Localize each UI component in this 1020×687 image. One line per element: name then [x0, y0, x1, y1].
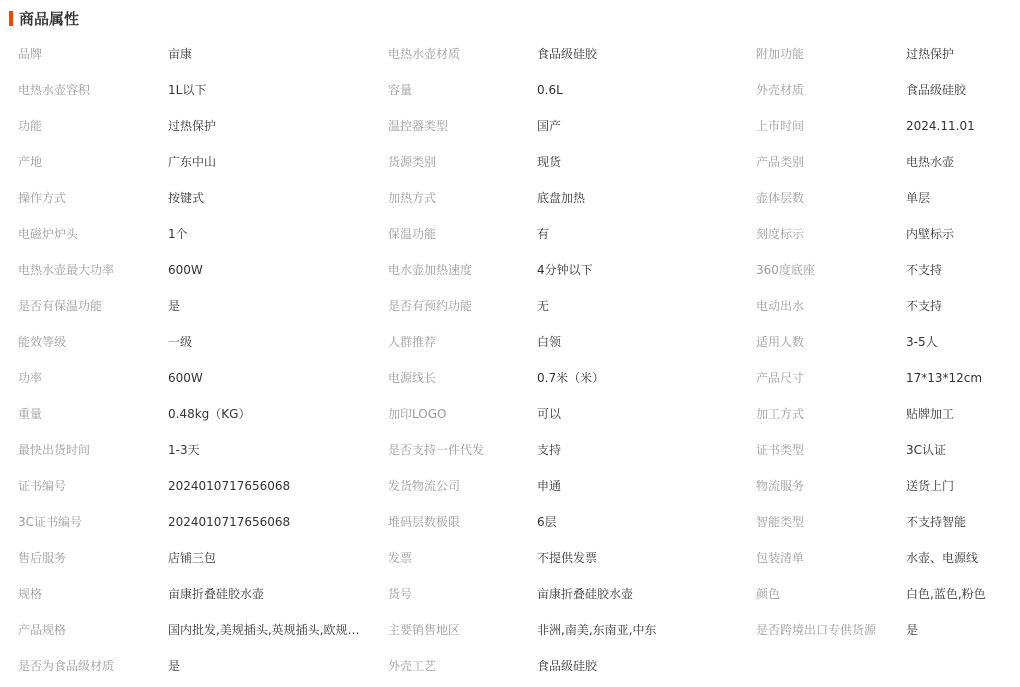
attribute-row: 品牌亩康电热水壶材质食品级硅胶附加功能过热保护: [0, 36, 1020, 72]
attribute-label: 主要销售地区: [388, 612, 533, 648]
attribute-value: 水壶、电源线: [906, 540, 1016, 576]
attribute-value: 过热保护: [168, 108, 360, 144]
attribute-label: 能效等级: [18, 324, 163, 360]
attribute-value: 3C认证: [906, 432, 1016, 468]
attribute-table: 品牌亩康电热水壶材质食品级硅胶附加功能过热保护电热水壶容积1L以下容量0.6L外…: [0, 36, 1020, 684]
attribute-label: 电水壶加热速度: [388, 252, 533, 288]
attribute-label: 电动出水: [756, 288, 901, 324]
attribute-label: 保温功能: [388, 216, 533, 252]
attribute-value: 17*13*12cm: [906, 360, 1016, 396]
attribute-label: 产品规格: [18, 612, 163, 648]
attribute-value: 2024010717656068: [168, 468, 360, 504]
attribute-row: 能效等级一级人群推荐白领适用人数3-5人: [0, 324, 1020, 360]
attribute-row: 电热水壶最大功率600W电水壶加热速度4分钟以下360度底座不支持: [0, 252, 1020, 288]
attribute-label: 是否有预约功能: [388, 288, 533, 324]
attribute-row: 证书编号2024010717656068发货物流公司申通物流服务送货上门: [0, 468, 1020, 504]
attribute-label: 加热方式: [388, 180, 533, 216]
attribute-row: 电磁炉炉头1个保温功能有刻度标示内壁标示: [0, 216, 1020, 252]
attribute-label: 电热水壶容积: [18, 72, 163, 108]
attribute-value: 不支持: [906, 288, 1016, 324]
attribute-label: 堆码层数极限: [388, 504, 533, 540]
attribute-label: 加印LOGO: [388, 396, 533, 432]
attribute-row: 规格亩康折叠硅胶水壶货号亩康折叠硅胶水壶颜色白色,蓝色,粉色: [0, 576, 1020, 612]
attribute-row: 产品规格国内批发,美规插头,英规插头,欧规插头主要销售地区非洲,南美,东南亚,中…: [0, 612, 1020, 648]
attribute-label: 产地: [18, 144, 163, 180]
attribute-value: 内壁标示: [906, 216, 1016, 252]
attribute-label: 发票: [388, 540, 533, 576]
attribute-value: 过热保护: [906, 36, 1016, 72]
attribute-row: 功率600W电源线长0.7米（米）产品尺寸17*13*12cm: [0, 360, 1020, 396]
accent-bar: [9, 11, 13, 26]
attribute-label: 刻度标示: [756, 216, 901, 252]
attribute-value: 白领: [537, 324, 747, 360]
attribute-value: 不提供发票: [537, 540, 747, 576]
attribute-label: 电热水壶最大功率: [18, 252, 163, 288]
attribute-value: 非洲,南美,东南亚,中东: [537, 612, 747, 648]
attribute-value: 单层: [906, 180, 1016, 216]
attribute-value: 不支持: [906, 252, 1016, 288]
attribute-value: 2024010717656068: [168, 504, 360, 540]
attribute-label: 适用人数: [756, 324, 901, 360]
attribute-value: 2024.11.01: [906, 108, 1016, 144]
attribute-label: 是否跨境出口专供货源: [756, 612, 901, 648]
attribute-label: 是否支持一件代发: [388, 432, 533, 468]
attribute-label: 电热水壶材质: [388, 36, 533, 72]
attribute-row: 3C证书编号2024010717656068堆码层数极限6层智能类型不支持智能: [0, 504, 1020, 540]
attribute-label: 是否为食品级材质: [18, 648, 163, 684]
attribute-label: 功能: [18, 108, 163, 144]
attribute-value: 亩康折叠硅胶水壶: [168, 576, 360, 612]
attribute-label: 货号: [388, 576, 533, 612]
attribute-label: 外壳工艺: [388, 648, 533, 684]
attribute-value: 0.48kg（KG）: [168, 396, 360, 432]
attribute-value: 贴牌加工: [906, 396, 1016, 432]
attribute-value: 食品级硅胶: [537, 648, 747, 684]
attribute-label: 规格: [18, 576, 163, 612]
attribute-label: 物流服务: [756, 468, 901, 504]
attribute-value: 是: [168, 648, 360, 684]
attribute-row: 重量0.48kg（KG）加印LOGO可以加工方式贴牌加工: [0, 396, 1020, 432]
attribute-label: 壶体层数: [756, 180, 901, 216]
attribute-label: 附加功能: [756, 36, 901, 72]
attribute-row: 是否为食品级材质是外壳工艺食品级硅胶: [0, 648, 1020, 684]
attribute-value: 店铺三包: [168, 540, 360, 576]
attribute-label: 重量: [18, 396, 163, 432]
attribute-label: 发货物流公司: [388, 468, 533, 504]
attribute-row: 电热水壶容积1L以下容量0.6L外壳材质食品级硅胶: [0, 72, 1020, 108]
attribute-value: 国内批发,美规插头,英规插头,欧规插头: [168, 612, 360, 648]
attribute-label: 产品类别: [756, 144, 901, 180]
attribute-label: 人群推荐: [388, 324, 533, 360]
attribute-value: 食品级硅胶: [906, 72, 1016, 108]
attribute-value: 现货: [537, 144, 747, 180]
section-title: 商品属性: [19, 9, 79, 29]
attribute-label: 上市时间: [756, 108, 901, 144]
attribute-label: 最快出货时间: [18, 432, 163, 468]
attribute-label: 容量: [388, 72, 533, 108]
attribute-value: 广东中山: [168, 144, 360, 180]
attribute-value: 1个: [168, 216, 360, 252]
attribute-value: 送货上门: [906, 468, 1016, 504]
attribute-label: 温控器类型: [388, 108, 533, 144]
attribute-value: 申通: [537, 468, 747, 504]
attribute-label: 证书编号: [18, 468, 163, 504]
attribute-label: 操作方式: [18, 180, 163, 216]
attribute-value: 是: [906, 612, 1016, 648]
attribute-label: 智能类型: [756, 504, 901, 540]
attribute-label: 3C证书编号: [18, 504, 163, 540]
attribute-label: 售后服务: [18, 540, 163, 576]
attribute-value: 无: [537, 288, 747, 324]
attribute-value: 600W: [168, 360, 360, 396]
attribute-row: 操作方式按键式加热方式底盘加热壶体层数单层: [0, 180, 1020, 216]
attribute-label: 电源线长: [388, 360, 533, 396]
attribute-label: 是否有保温功能: [18, 288, 163, 324]
attribute-value: 600W: [168, 252, 360, 288]
attribute-label: 功率: [18, 360, 163, 396]
attribute-row: 产地广东中山货源类别现货产品类别电热水壶: [0, 144, 1020, 180]
attribute-label: 360度底座: [756, 252, 901, 288]
attribute-row: 最快出货时间1-3天是否支持一件代发支持证书类型3C认证: [0, 432, 1020, 468]
attribute-label: 电磁炉炉头: [18, 216, 163, 252]
attribute-value: 支持: [537, 432, 747, 468]
attribute-label: 颜色: [756, 576, 901, 612]
attribute-label: 加工方式: [756, 396, 901, 432]
attribute-value: 亩康: [168, 36, 360, 72]
attribute-value: 4分钟以下: [537, 252, 747, 288]
attribute-value: 可以: [537, 396, 747, 432]
attribute-value: 不支持智能: [906, 504, 1016, 540]
attribute-value: 是: [168, 288, 360, 324]
attribute-row: 是否有保温功能是是否有预约功能无电动出水不支持: [0, 288, 1020, 324]
attribute-label: 品牌: [18, 36, 163, 72]
attribute-value: 1L以下: [168, 72, 360, 108]
attribute-value: 国产: [537, 108, 747, 144]
attribute-value: 0.6L: [537, 72, 747, 108]
attribute-label: 产品尺寸: [756, 360, 901, 396]
attribute-value: 0.7米（米）: [537, 360, 747, 396]
attribute-label: 外壳材质: [756, 72, 901, 108]
attribute-value: 6层: [537, 504, 747, 540]
attribute-value: 食品级硅胶: [537, 36, 747, 72]
attribute-label: 货源类别: [388, 144, 533, 180]
attribute-row: 售后服务店铺三包发票不提供发票包装清单水壶、电源线: [0, 540, 1020, 576]
attribute-value: 白色,蓝色,粉色: [906, 576, 1016, 612]
attribute-value: 3-5人: [906, 324, 1016, 360]
attribute-value: 电热水壶: [906, 144, 1016, 180]
attribute-value: 1-3天: [168, 432, 360, 468]
attribute-value: 一级: [168, 324, 360, 360]
attribute-label: 证书类型: [756, 432, 901, 468]
attribute-value: 亩康折叠硅胶水壶: [537, 576, 747, 612]
attribute-value: 底盘加热: [537, 180, 747, 216]
attribute-value: 有: [537, 216, 747, 252]
attribute-row: 功能过热保护温控器类型国产上市时间2024.11.01: [0, 108, 1020, 144]
attribute-value: 按键式: [168, 180, 360, 216]
attribute-label: 包装清单: [756, 540, 901, 576]
